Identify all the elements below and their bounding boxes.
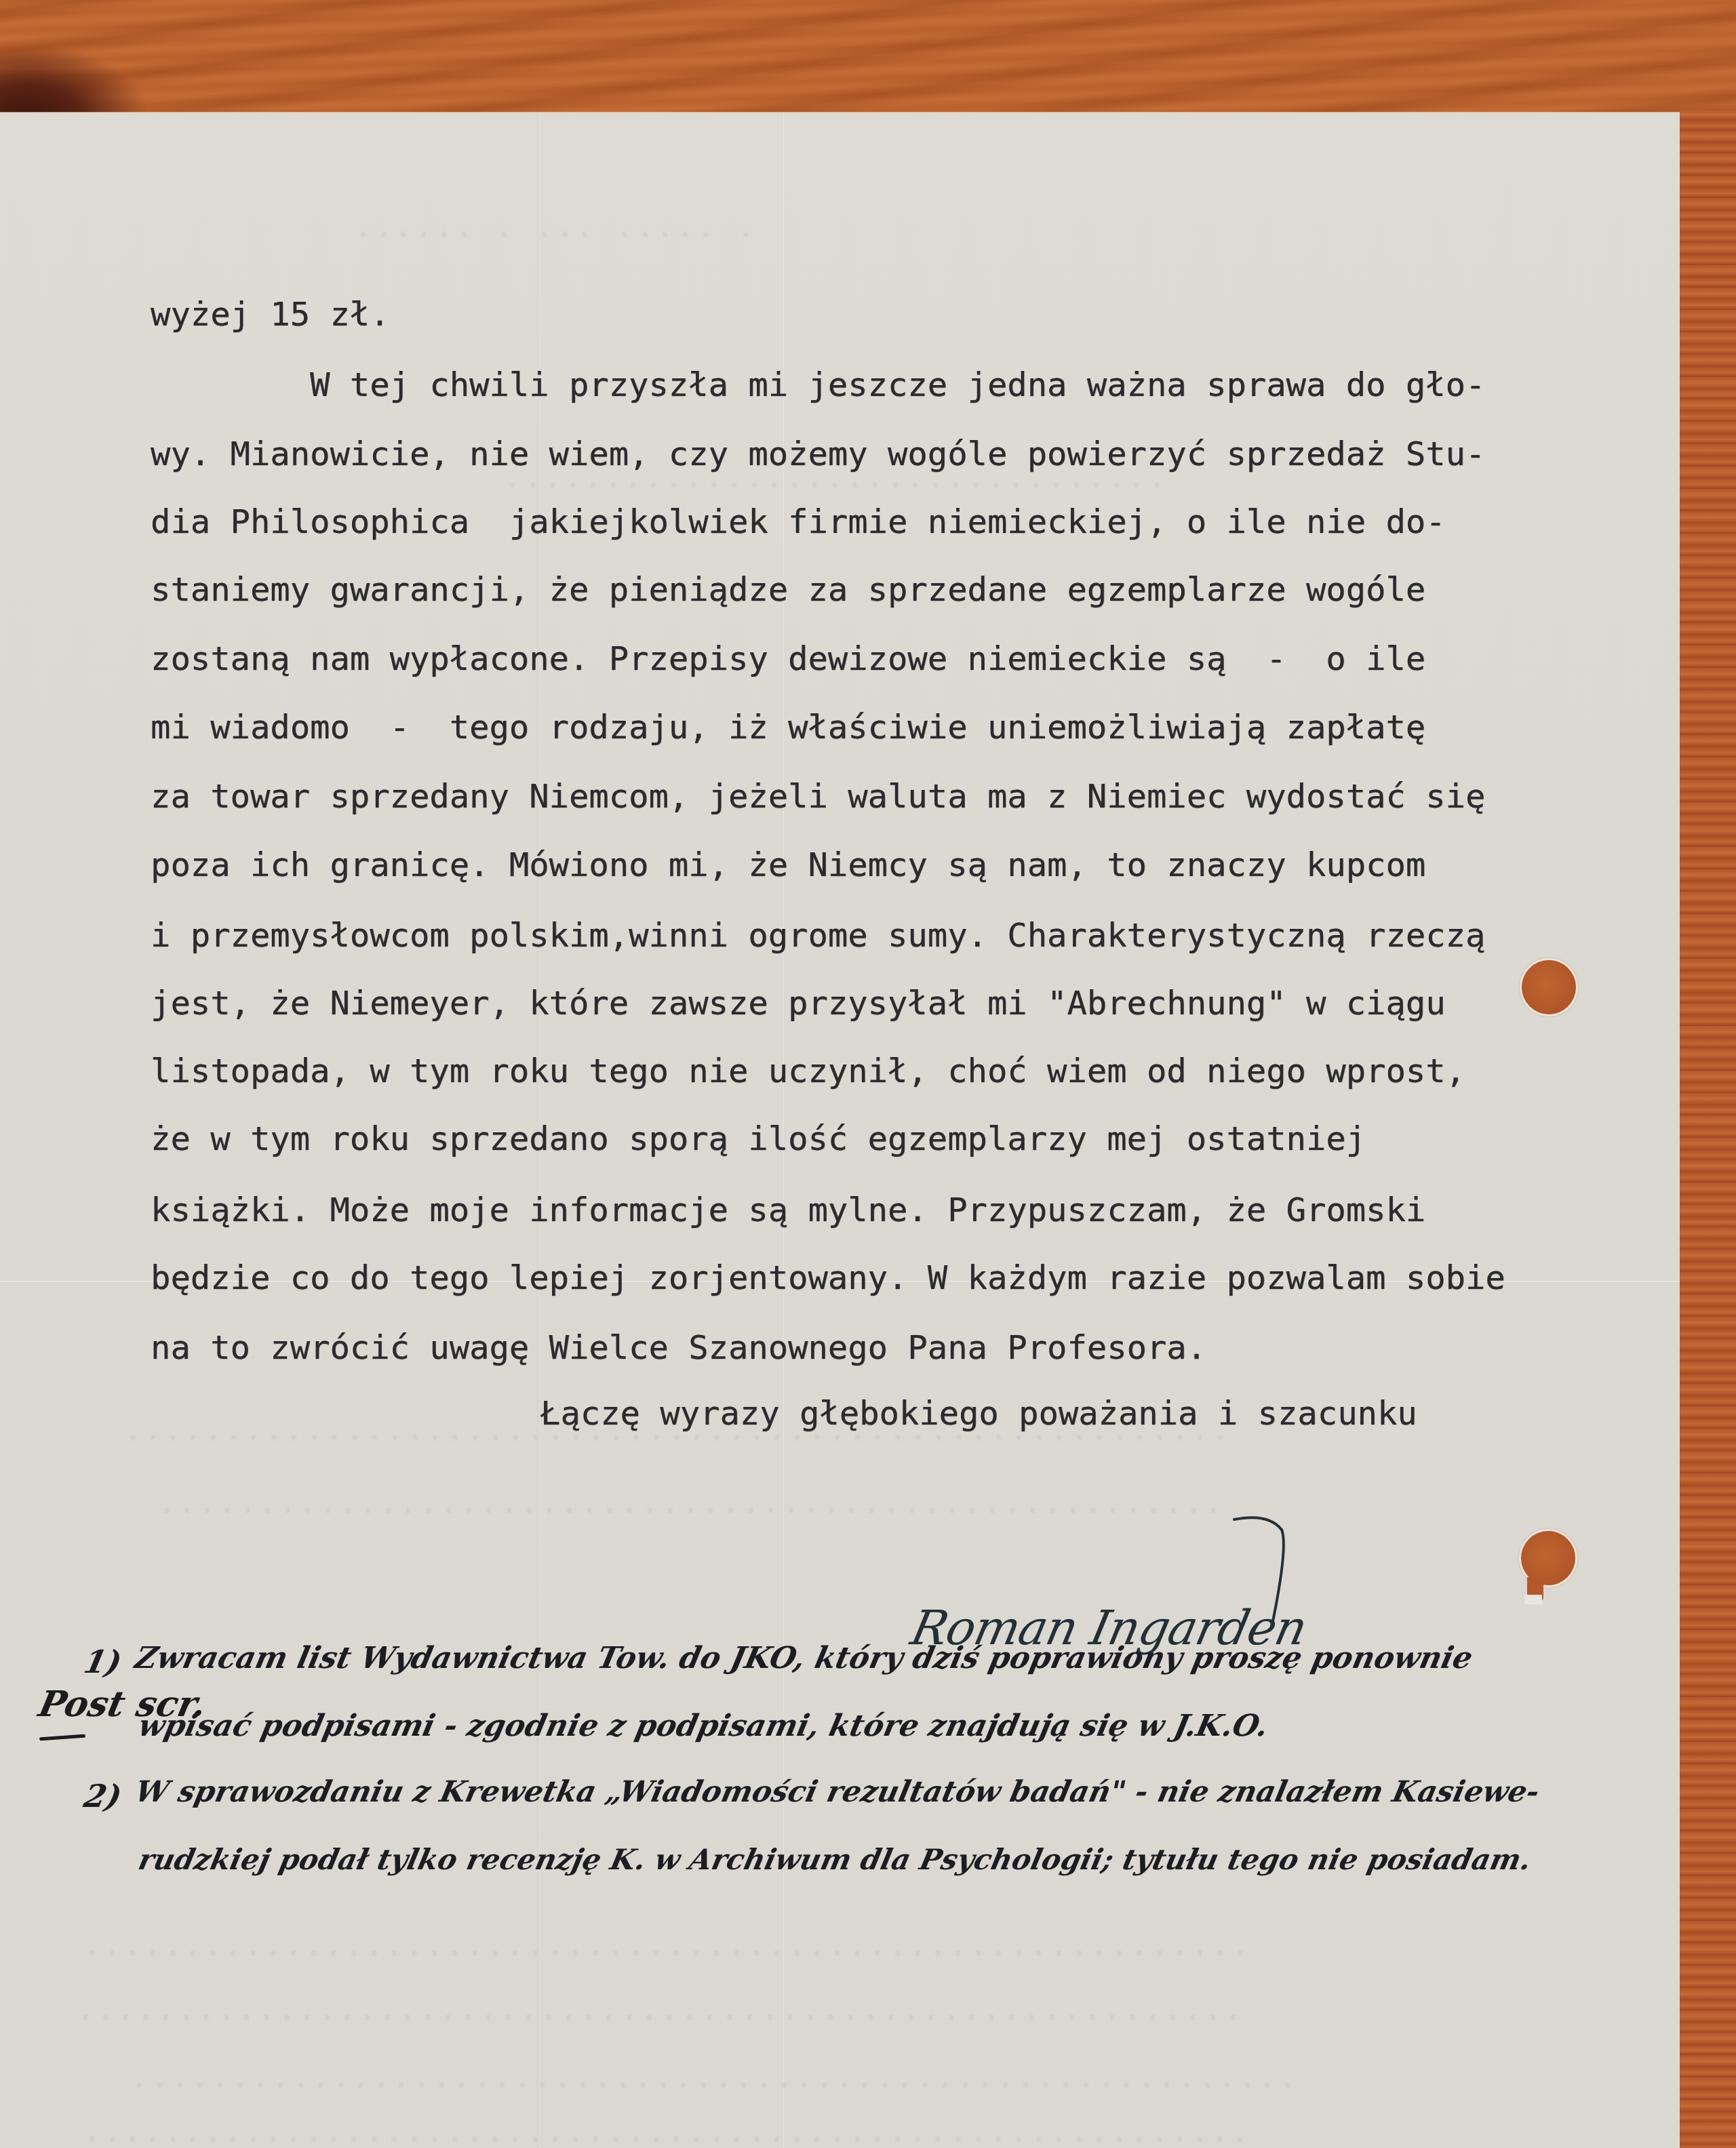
show-through-smudge: ........................................… (156, 1484, 1223, 1520)
body-line: dia Philosophica jakiejkolwiek firmie ni… (151, 506, 1446, 539)
show-through-smudge: ........................................… (129, 2058, 1297, 2095)
postscript-line: wpisać podpisami - zgodnie z podpisami, … (136, 1711, 1271, 1741)
postscript-line: Zwracam list Wydawnictwa Tow. do JKO, kt… (132, 1644, 1475, 1673)
body-line: staniemy gwarancji, że pieniądze za sprz… (151, 574, 1425, 607)
letter-body: wyżej 15 zł. W tej chwili przyszła mi je… (151, 113, 231, 847)
signature-flourish (1193, 1492, 1302, 1642)
body-line: wy. Mianowicie, nie wiem, czy możemy wog… (151, 438, 1485, 471)
punch-hole (1522, 960, 1576, 1014)
closing-line: Łączę wyrazy głębokiego poważania i szac… (540, 1397, 1417, 1431)
body-line: wyżej 15 zł. (151, 298, 390, 332)
show-through-smudge: ........................................… (81, 2113, 1249, 2148)
postscript-underline (39, 1734, 85, 1741)
body-line: że w tym roku sprzedano sporą ilość egze… (151, 1123, 1366, 1156)
wood-table-background (1680, 108, 1736, 2148)
body-line: W tej chwili przyszła mi jeszcze jedna w… (151, 369, 1485, 402)
show-through-smudge: ........................................… (81, 1926, 1249, 1963)
postscript-line: rudzkiej podał tylko recenzję K. w Archi… (136, 1846, 1534, 1874)
body-line: i przemysłowcom polskim,winni ogrome sum… (151, 919, 1485, 953)
show-through-smudge: . ..... ... . ...... (353, 207, 755, 244)
body-line: na to zwrócić uwagę Wielce Szanownego Pa… (151, 1332, 1206, 1365)
punch-hole-tear (1524, 1595, 1542, 1604)
body-line: zostaną nam wypłacone. Przepisy dewizowe… (151, 643, 1425, 676)
body-line: poza ich granicę. Mówiono mi, że Niemcy … (151, 849, 1425, 882)
postscript-item-number: 2) (81, 1781, 125, 1812)
body-line: listopada, w tym roku tego nie uczynił, … (151, 1055, 1465, 1088)
postscript-line: W sprawozdaniu z Krewetka „Wiadomości re… (132, 1778, 1541, 1807)
body-line: mi wiadomo - tego rodzaju, iż właściwie … (151, 711, 1425, 744)
postscript-item-number: 1) (81, 1646, 125, 1677)
body-line: będzie co do tego lepiej zorjentowany. W… (151, 1262, 1505, 1295)
body-line: jest, że Niemeyer, które zawsze przysyła… (151, 987, 1446, 1020)
show-through-smudge: ........................................… (75, 1991, 1242, 2027)
letter-page: . ..... ... . ...... ...................… (0, 113, 1680, 2148)
body-line: książki. Może moje informacje są mylne. … (151, 1194, 1425, 1227)
body-line: za towar sprzedany Niemcom, jeżeli walut… (151, 780, 1485, 814)
